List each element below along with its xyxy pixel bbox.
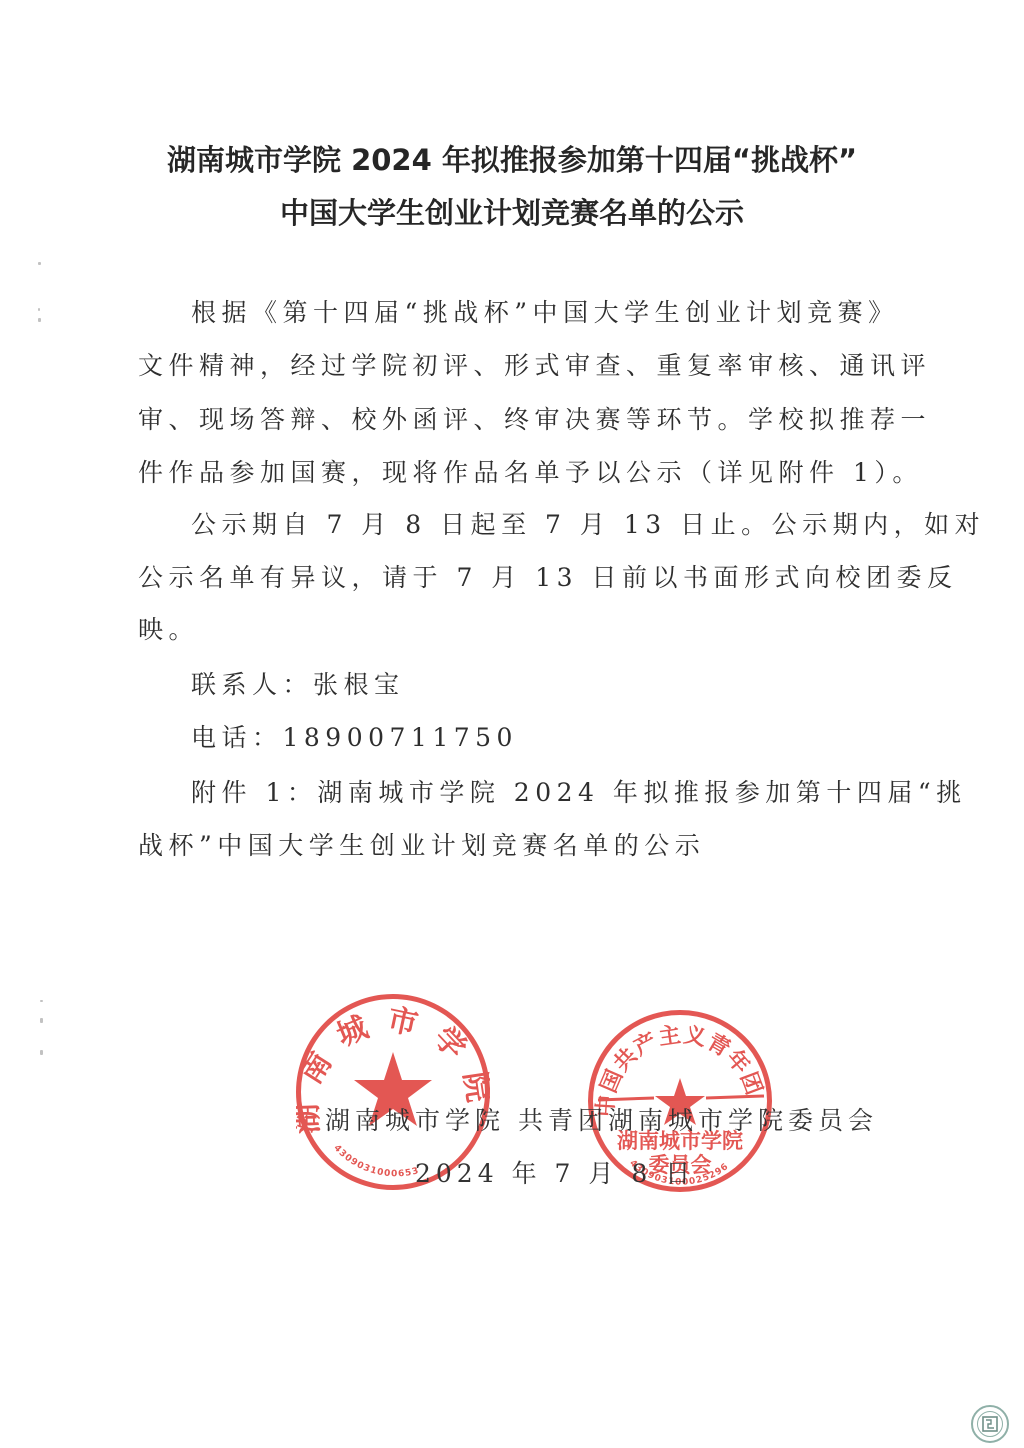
scan-speck xyxy=(38,318,41,322)
signature-date: 2024 年 7 月 8 日 xyxy=(415,1158,695,1190)
attachment-line-1: 附件 1：湖南城市学院 2024 年拟推报参加第十四届“挑 xyxy=(191,777,911,809)
attachment-line-2: 战杯”中国大学生创业计划竞赛名单的公示 xyxy=(138,830,858,862)
document-title-line-1: 湖南城市学院 2024 年拟推报参加第十四届“挑战杯” xyxy=(0,138,1024,179)
paragraph-1-line-4: 件作品参加国赛，现将作品名单予以公示（详见附件 1）。 xyxy=(138,457,858,489)
paragraph-1-line-2: 文件精神，经过学院初评、形式审查、重复率审核、通讯评 xyxy=(138,350,858,382)
scan-speck xyxy=(38,262,41,265)
document-title-line-2: 中国大学生创业计划竞赛名单的公示 xyxy=(0,191,1024,232)
svg-text:4309031000653: 4309031000653 xyxy=(331,1143,420,1179)
paragraph-1-line-1: 根据《第十四届“挑战杯”中国大学生创业计划竞赛》 xyxy=(191,297,911,329)
scan-speck xyxy=(38,308,40,311)
contact-phone: 电话：18900711750 xyxy=(191,722,911,754)
scan-speck xyxy=(40,1050,43,1055)
scan-speck xyxy=(40,1018,43,1023)
signature-organizations: 湖南城市学院 共青团湖南城市学院委员会 xyxy=(325,1105,878,1137)
scan-speck xyxy=(40,1000,43,1002)
paragraph-2-line-2: 公示名单有异议，请于 7 月 13 日前以书面形式向校团委反 xyxy=(138,562,858,594)
paragraph-1-line-3: 审、现场答辩、校外函评、终审决赛等环节。学校拟推荐一 xyxy=(138,404,858,436)
paragraph-2-line-1: 公示期自 7 月 8 日起至 7 月 13 日止。公示期内，如对 xyxy=(191,509,911,541)
paragraph-2-line-3: 映。 xyxy=(138,614,858,646)
university-logo-icon xyxy=(970,1404,1010,1444)
contact-person: 联系人：张根宝 xyxy=(191,669,911,701)
